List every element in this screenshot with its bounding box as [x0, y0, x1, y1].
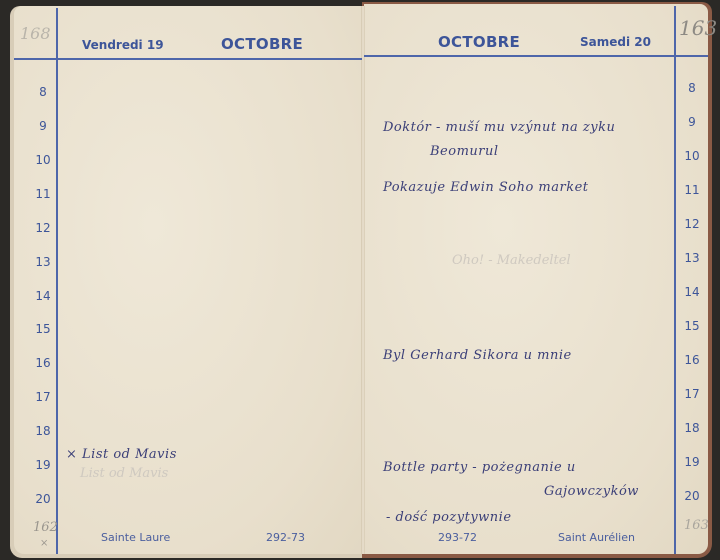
right-hour-13: 13	[681, 251, 703, 265]
left-hour-10: 10	[32, 153, 54, 167]
right-entry-10: Beomurul	[430, 144, 499, 159]
left-day-label: Vendredi 19	[82, 38, 164, 52]
right-hour-14: 14	[681, 285, 703, 299]
left-saint-name: Sainte Laure	[101, 531, 170, 544]
book-gutter	[361, 6, 365, 554]
left-hour-11: 11	[32, 187, 54, 201]
right-entry-19: Bottle party - pożegnanie u	[383, 460, 576, 475]
left-hour-17: 17	[32, 390, 54, 404]
right-month-label: OCTOBRE	[438, 33, 520, 51]
right-bleed-through: Oho! - Makedeltel	[452, 253, 571, 268]
right-hour-19: 19	[681, 455, 703, 469]
diary-spread: 168 Vendredi 19 OCTOBRE OCTOBRE Samedi 2…	[0, 0, 720, 560]
right-folio-pencil-bottom: 163	[684, 518, 709, 533]
left-hour-14: 14	[32, 289, 54, 303]
left-header-rule	[14, 58, 362, 60]
right-entry-9: Doktór - muší mu vzýnut na zyku	[383, 120, 615, 135]
right-hour-12: 12	[681, 217, 703, 231]
right-header-rule	[364, 55, 708, 57]
left-bleed-through: List od Mavis	[80, 466, 168, 481]
right-day-label: Samedi 20	[580, 35, 651, 49]
right-hour-17: 17	[681, 387, 703, 401]
right-hour-10: 10	[681, 149, 703, 163]
left-hour-18: 18	[32, 424, 54, 438]
right-hour-16: 16	[681, 353, 703, 367]
left-hour-15: 15	[32, 322, 54, 336]
left-folio-pencil-top: 168	[20, 24, 51, 43]
right-hour-15: 15	[681, 319, 703, 333]
right-hour-column-rule	[674, 6, 676, 554]
left-hour-16: 16	[32, 356, 54, 370]
right-hour-9: 9	[681, 115, 703, 129]
left-hour-9: 9	[32, 119, 54, 133]
left-hour-column-rule	[56, 8, 58, 554]
left-folio-pencil-bottom: 162	[33, 520, 58, 535]
right-entry-11: Pokazuje Edwin Soho market	[383, 180, 589, 195]
right-entry-16: Byl Gerhard Sikora u mnie	[383, 348, 572, 363]
right-saint-name: Saint Aurélien	[558, 531, 635, 544]
left-bottom-mark: ×	[40, 538, 48, 549]
left-hour-19: 19	[32, 458, 54, 472]
right-entry-20: Gajowczyków	[544, 484, 639, 499]
left-day-count: 292-73	[266, 531, 305, 544]
right-hour-11: 11	[681, 183, 703, 197]
right-entry-20-note: - dość pozytywnie	[386, 510, 512, 525]
right-hour-20: 20	[681, 489, 703, 503]
left-entry-19: × List od Mavis	[66, 447, 177, 462]
right-hour-8: 8	[681, 81, 703, 95]
left-hour-20: 20	[32, 492, 54, 506]
left-hour-13: 13	[32, 255, 54, 269]
right-day-count: 293-72	[438, 531, 477, 544]
right-folio-pencil-top: 163	[679, 16, 717, 40]
left-page	[14, 6, 362, 554]
left-hour-12: 12	[32, 221, 54, 235]
right-hour-18: 18	[681, 421, 703, 435]
left-hour-8: 8	[32, 85, 54, 99]
left-month-label: OCTOBRE	[221, 35, 303, 53]
